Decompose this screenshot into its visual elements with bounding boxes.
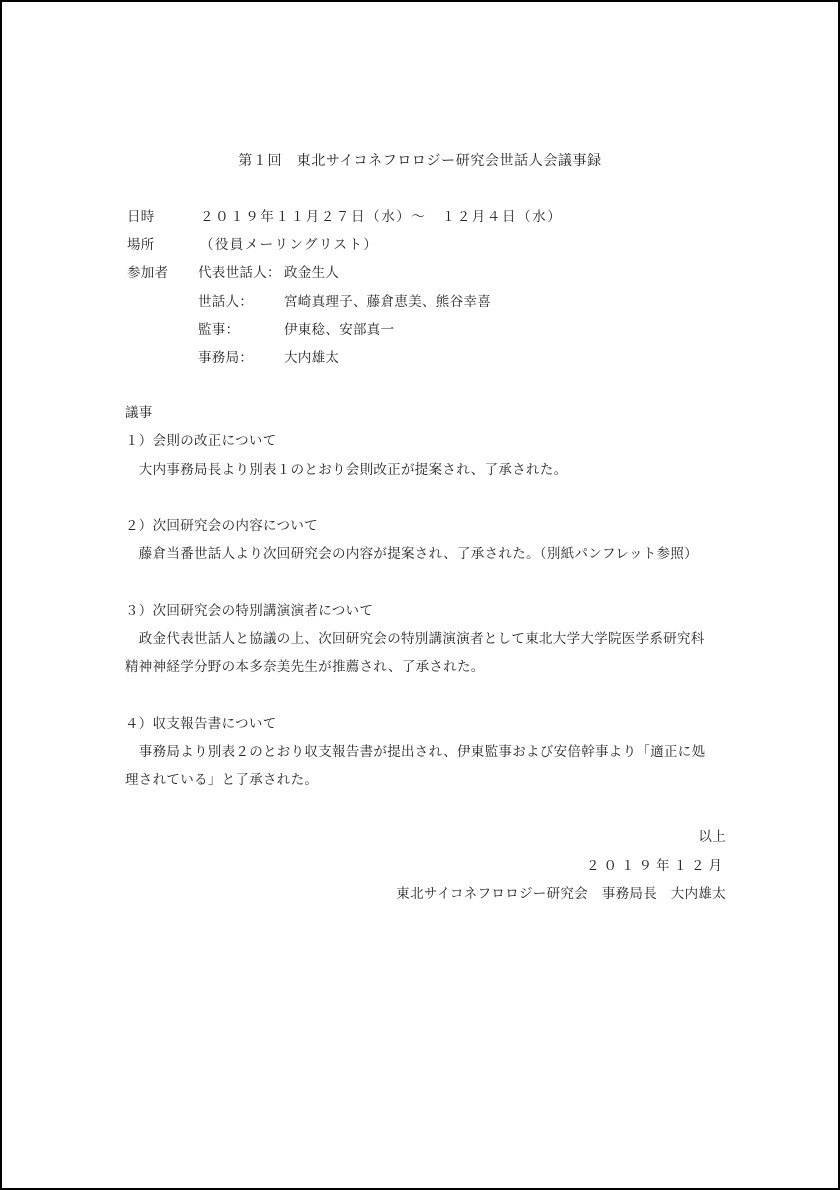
attendee-role: 代表世話人： (198, 264, 281, 282)
attendee-names: 伊東稔、安部真一 (284, 321, 394, 339)
agenda-item-heading: ３）次回研究会の特別講演演者について (125, 602, 373, 620)
agenda-heading: 議事 (125, 404, 153, 422)
place-value: （役員メーリングリスト） (200, 236, 378, 254)
end-mark: 以上 (698, 828, 726, 846)
datetime-label: 日時 (127, 208, 155, 226)
agenda-item-heading: ４）収支報告書について (125, 715, 277, 733)
attendee-names: 大内雄太 (284, 349, 339, 367)
agenda-item-body: 事務局より別表２のとおり収支報告書が提出され、伊東監事および安倍幹事より「適正に… (125, 743, 705, 761)
agenda-item-body: 藤倉当番世話人より次回研究会の内容が提案され、了承された。（別紙パンフレット参照… (125, 545, 698, 563)
document-page: 第１回 東北サイコネフロロジー研究会世話人会議事録 日時 ２０１９年１１月２７日… (0, 0, 840, 1190)
attendee-names: 政金生人 (284, 264, 339, 282)
signature: 東北サイコネフロロジー研究会 事務局長 大内雄太 (396, 885, 726, 903)
closing-date: ２０１９年１２月 (586, 857, 726, 875)
attendee-role: 世話人： (198, 293, 253, 311)
attendee-names: 宮崎真理子、藤倉恵美、熊谷幸喜 (284, 293, 491, 311)
agenda-item-body: 大内事務局長より別表１のとおり会則改正が提案され、了承された。 (125, 461, 567, 479)
document-title: 第１回 東北サイコネフロロジー研究会世話人会議事録 (2, 152, 838, 170)
agenda-item-heading: ２）次回研究会の内容について (125, 517, 318, 535)
attendee-role: 事務局： (198, 349, 253, 367)
place-label: 場所 (127, 236, 155, 254)
agenda-item-body: 政金代表世話人と協議の上、次回研究会の特別講演演者として東北大学大学院医学系研究… (125, 630, 705, 648)
agenda-item-body: 理されている」と了承された。 (125, 771, 318, 789)
datetime-value: ２０１９年１１月２７日（水）～ １２月４日（水） (200, 208, 562, 226)
agenda-item-body: 精神神経学分野の本多奈美先生が推薦され、了承された。 (125, 658, 485, 676)
agenda-item-heading: １）会則の改正について (125, 432, 277, 450)
attendee-role: 監事： (198, 321, 239, 339)
attendees-label: 参加者 (127, 264, 168, 282)
